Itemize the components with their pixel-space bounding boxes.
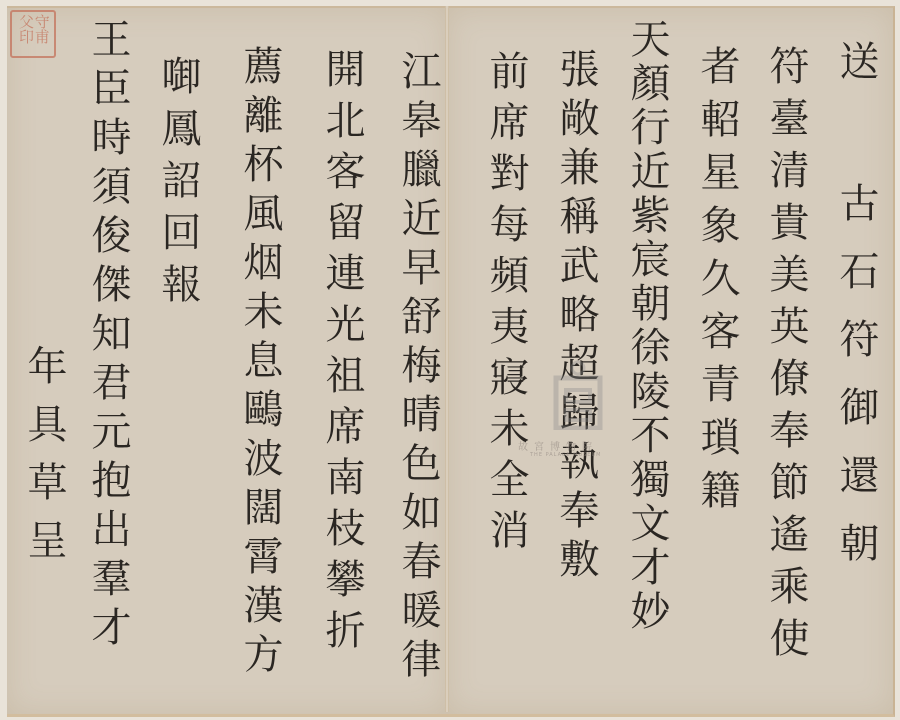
calligraphy-column-3: 者軺星象久客青瑣籍 — [697, 45, 737, 522]
calligraphy-column-2: 符臺清貴美英僚奉節遙乘使 — [766, 45, 806, 669]
left-page — [7, 6, 447, 717]
calligraphy-column-6: 前席對每頻夷寢未全消 — [486, 50, 526, 560]
calligraphy-column-5: 張敞兼稱武略超歸執奉敷 — [556, 48, 596, 587]
center-fold — [445, 6, 449, 712]
calligraphy-column-10: 啣鳳詔回報 — [158, 55, 198, 315]
palace-museum-logo-icon — [548, 360, 608, 430]
watermark-subtext: THE PALACE MUSEUM — [530, 452, 601, 458]
calligraphy-column-11: 王臣時須俊傑知君元抱出羣才 — [88, 18, 128, 655]
calligraphy-column-9: 薦離杯風烟未息鷗波闊霄漢方 — [240, 45, 280, 682]
watermark-text: 故宮博物院 — [518, 438, 598, 453]
calligraphy-column-1: 送 古石符御還朝 — [836, 40, 876, 590]
calligraphy-column-12-signature: 年具草呈 — [24, 345, 64, 577]
red-seal-stamp: 守甫父印 — [10, 10, 56, 58]
calligraphy-column-8: 開北客留連光祖席南枝攀折 — [322, 48, 362, 660]
calligraphy-column-4: 天顏行近紫宸朝徐陵不獨文才妙 — [627, 18, 667, 634]
calligraphy-column-7: 江皋臘近早舒梅晴色如春暖律 — [398, 50, 438, 687]
